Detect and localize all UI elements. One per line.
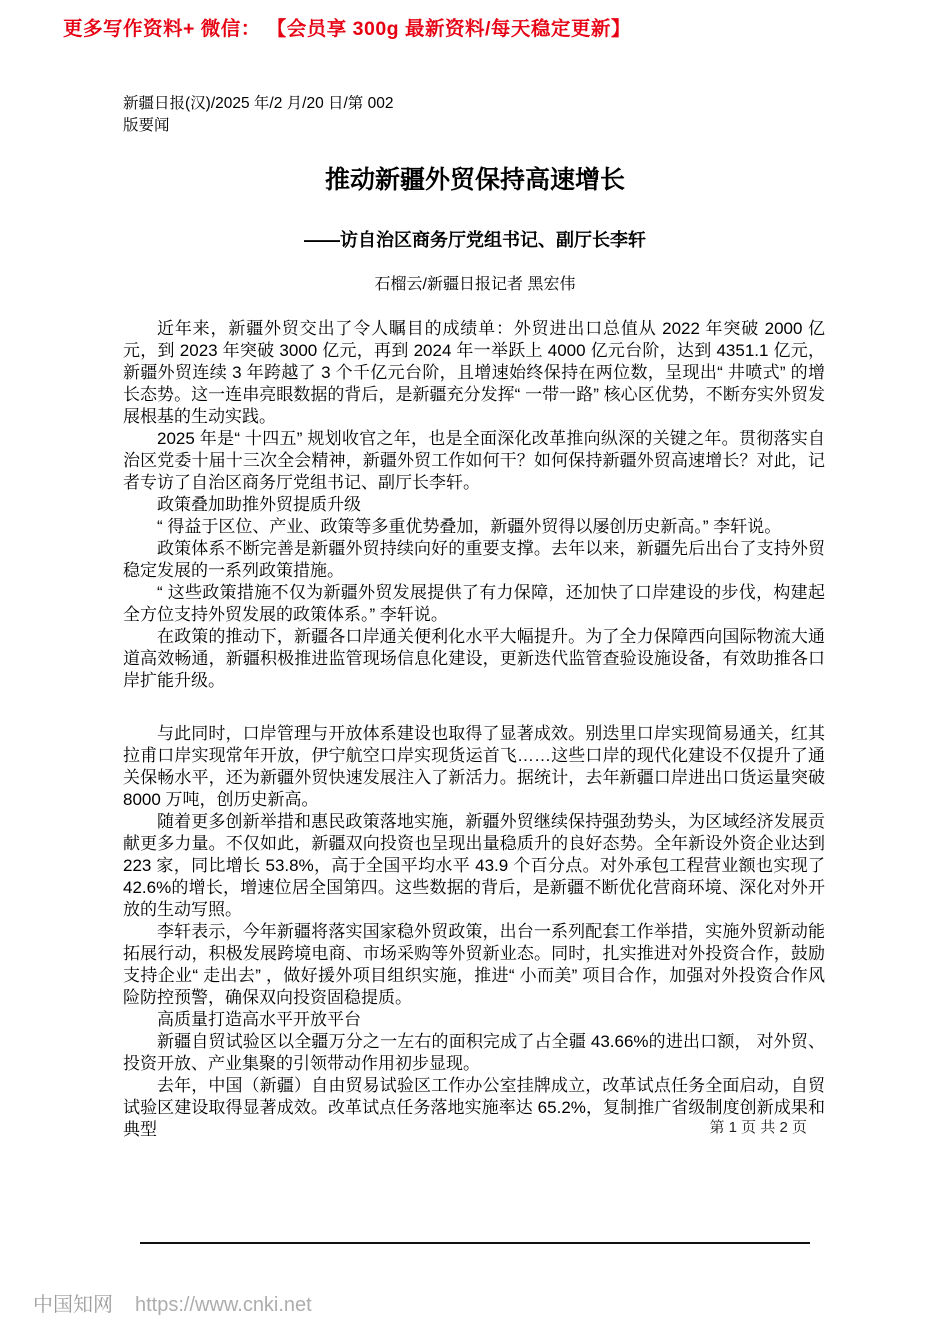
- paragraph-spacer: [123, 692, 825, 723]
- article-paragraph: 近年来，新疆外贸交出了令人瞩目的成绩单：外贸进出口总值从 2022 年突破 20…: [123, 318, 825, 428]
- article-paragraph: “ 这些政策措施不仅为新疆外贸发展提供了有力保障，还加快了口岸建设的步伐，构建起…: [123, 582, 825, 626]
- publication-source: 新疆日报(汉)/2025 年/2 月/20 日/第 002 版要闻: [123, 93, 827, 136]
- article-title: 推动新疆外贸保持高速增长: [123, 160, 827, 196]
- article-paragraph: 政策体系不断完善是新疆外贸持续向好的重要支撑。去年以来，新疆先后出台了支持外贸稳…: [123, 538, 825, 582]
- cnki-url-link[interactable]: https://www.cnki.net: [135, 1294, 312, 1316]
- section-heading: 政策叠加助推外贸提质升级: [123, 494, 825, 516]
- article-byline: 石榴云/新疆日报记者 黑宏伟: [123, 271, 827, 294]
- publication-source-line2: 版要闻: [123, 115, 827, 137]
- cnki-logo-text: 中国知网: [33, 1294, 113, 1316]
- article-subtitle: ——访自治区商务厅党组书记、副厅长李轩: [123, 226, 827, 252]
- article-paragraph: 与此同时，口岸管理与开放体系建设也取得了显著成效。别迭里口岸实现简易通关，红其拉…: [123, 723, 825, 811]
- article-paragraph: 在政策的推动下，新疆各口岸通关便利化水平大幅提升。为了全力保障西向国际物流大通道…: [123, 626, 825, 692]
- footer-divider-line: [140, 1242, 810, 1244]
- promo-banner-text: 更多写作资料+ 微信： 【会员享 300g 最新资料/每天稳定更新】: [63, 13, 631, 41]
- article-paragraph: 李轩表示，今年新疆将落实国家稳外贸政策，出台一系列配套工作举措，实施外贸新动能拓…: [123, 921, 825, 1009]
- document-page: 更多写作资料+ 微信： 【会员享 300g 最新资料/每天稳定更新】 新疆日报(…: [0, 0, 950, 1344]
- article-paragraph: 随着更多创新举措和惠民政策落地实施，新疆外贸继续保持强劲势头，为区域经济发展贡献…: [123, 811, 825, 921]
- publication-source-line1: 新疆日报(汉)/2025 年/2 月/20 日/第 002: [123, 93, 827, 115]
- cnki-watermark: 中国知网https://www.cnki.net: [33, 1288, 312, 1317]
- article-paragraph: 新疆自贸试验区以全疆万分之一左右的面积完成了占全疆 43.66%的进出口额， 对…: [123, 1031, 825, 1075]
- article-body: 近年来，新疆外贸交出了令人瞩目的成绩单：外贸进出口总值从 2022 年突破 20…: [123, 318, 825, 1141]
- article-paragraph: “ 得益于区位、产业、政策等多重优势叠加，新疆外贸得以屡创历史新高。” 李轩说。: [123, 516, 825, 538]
- page-number: 第 1 页 共 2 页: [709, 1116, 807, 1137]
- section-heading: 高质量打造高水平开放平台: [123, 1009, 825, 1031]
- article-paragraph: 2025 年是“ 十四五” 规划收官之年，也是全面深化改革推向纵深的关键之年。贯…: [123, 428, 825, 494]
